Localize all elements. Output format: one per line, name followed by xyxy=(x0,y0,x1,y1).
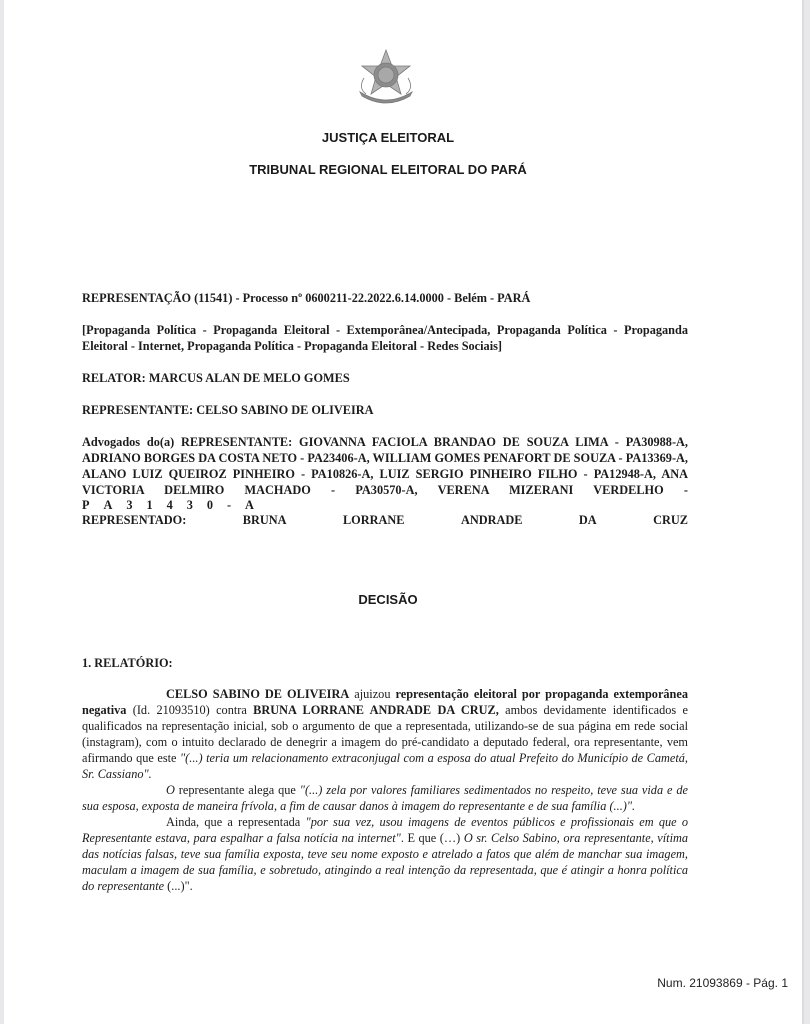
representado-word: BRUNA xyxy=(243,512,287,528)
representado-word: CRUZ xyxy=(653,512,688,528)
page-reference: Num. 21093869 - Pág. 1 xyxy=(657,976,788,990)
advogados: Advogados do(a) REPRESENTANTE: GIOVANNA … xyxy=(82,434,688,498)
document-page: JUSTIÇA ELEITORAL TRIBUNAL REGIONAL ELEI… xyxy=(4,0,804,1024)
tribunal-name: TRIBUNAL REGIONAL ELEITORAL DO PARÁ xyxy=(4,162,772,177)
paragraph-3: Ainda, que a representada "por sua vez, … xyxy=(82,814,688,894)
oab-char: 4 xyxy=(167,497,173,513)
oab-char: 0 xyxy=(207,497,213,513)
brazil-coat-of-arms-icon xyxy=(354,48,418,108)
paragraph-1: CELSO SABINO DE OLIVEIRA ajuizou represe… xyxy=(82,686,688,782)
oab-char: P xyxy=(82,497,90,513)
oab-char: 3 xyxy=(126,497,132,513)
oab-char: A xyxy=(103,497,112,513)
paragraph-2: O representante alega que "(...) zela po… xyxy=(82,782,688,814)
representado-word: REPRESENTADO: xyxy=(82,512,186,528)
case-title: REPRESENTAÇÃO (11541) - Processo nº 0600… xyxy=(82,290,688,306)
advogados-oab-tail: PA31430-A xyxy=(82,497,688,513)
representado: REPRESENTADO:BRUNALORRANEANDRADEDACRUZ xyxy=(82,512,688,528)
case-subjects: [Propaganda Política - Propaganda Eleito… xyxy=(82,322,688,354)
representante: REPRESENTANTE: CELSO SABINO DE OLIVEIRA xyxy=(82,402,688,418)
representado-word: DA xyxy=(579,512,597,528)
section-relatorio-heading: 1. RELATÓRIO: xyxy=(82,655,688,671)
representado-word: LORRANE xyxy=(343,512,405,528)
oab-char: A xyxy=(245,497,254,513)
oab-char: - xyxy=(227,497,231,513)
decision-heading: DECISÃO xyxy=(4,592,772,607)
oab-char: 3 xyxy=(187,497,193,513)
oab-char: 1 xyxy=(146,497,152,513)
court-name: JUSTIÇA ELEITORAL xyxy=(4,130,772,145)
relator: RELATOR: MARCUS ALAN DE MELO GOMES xyxy=(82,370,688,386)
representado-word: ANDRADE xyxy=(461,512,523,528)
